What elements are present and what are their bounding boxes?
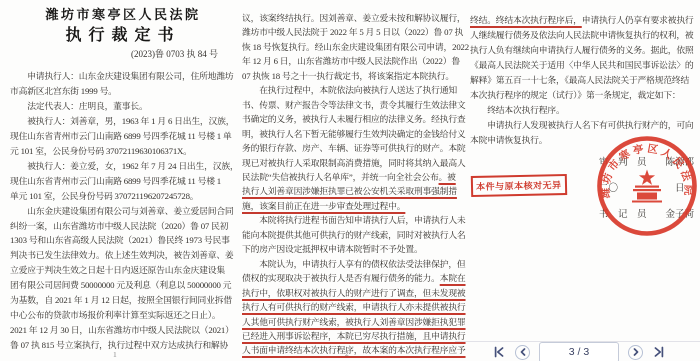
page-footer-number-2: 2 — [345, 349, 349, 358]
document-line: 市高新区北宫东街 1999 号。 — [10, 84, 236, 99]
document-text: 本院将执行进程书面告知申请执行人后，申请执行人未 — [242, 215, 466, 225]
document-text: 市高新区北宫东街 1999 号。 — [10, 86, 117, 96]
document-page-2: 议，该案终结执行。因刘善章、姜立爱未按和解协议履行，潍坊市中级人民法院于 202… — [242, 0, 468, 358]
document-text: 债权的实现取决于被执行人是否有履行债务的能力。 — [242, 273, 440, 283]
document-text: 务的银行存款、房产、车辆、证券等可供执行的财产。本院 — [242, 143, 466, 153]
document-text: 执行人负有继续向申请执行人履行债务的义务。据此，依照 — [470, 45, 694, 55]
document-line: 鲁 07 执 815 号立案执行，执行过程中双方达成执行和解协 — [10, 338, 236, 353]
document-line: 人继续履行债务及依法向人民法院申请恢复执行的权利，被 — [470, 28, 698, 43]
document-viewer: 潍坊市寒亭区人民法院执行裁定书(2023)鲁 0703 执 84 号 申请执行人… — [0, 0, 700, 361]
document-line: 本院将执行进程书面告知申请执行人后，申请执行人未 — [242, 213, 468, 227]
first-page-button[interactable] — [492, 345, 506, 359]
document-text: 被执行人：刘善章，男，1963 年 1 月 6 日出生，汉族， — [10, 116, 234, 126]
document-line: 下的房产因设定抵押权申请本院暂时不予处置。 — [242, 242, 468, 256]
red-underlined-text: 人其他可供执行财产线索，被执行人刘善章因涉嫌拒执犯罪 — [242, 317, 466, 327]
red-underlined-text: 终结。终结本次执行程序后， — [470, 15, 582, 25]
red-underlined-text: 执行人刘善章因涉嫌拒执罪已被公安机关采取刑事强制措 — [242, 186, 457, 196]
verification-stamp: 本件与原本核对无异 — [471, 174, 567, 197]
document-text: 潍坊市寒亭区人民法院 — [45, 7, 200, 22]
document-text: 单元 101 室，公民身份号码 370721196207245728。 — [10, 191, 198, 201]
document-text: 申请执行人：山东金庆建设集团有限公司，住所地潍坊 — [10, 71, 234, 81]
document-line: 书确定的义务，被执行人未履行相应的法律义务。经执行查 — [242, 112, 468, 126]
document-text: 下的房产因设定抵押权申请本院暂时不予处置。 — [242, 244, 423, 254]
document-line: 单元 101 室，公民身份号码 370721196207245728。 — [10, 189, 236, 204]
document-line: 被执行人：刘善章，男，1963 年 1 月 6 日出生，汉族， — [10, 114, 236, 129]
document-line: 申请执行人发现被执行人名下有可供执行财产的，可向 — [470, 118, 698, 133]
document-page-3: 终结。终结本次执行程序后，申请执行人仍享有要求被执行人继续履行债务及依法向人民法… — [470, 0, 698, 148]
document-line: 恢 18 号恢复执行。经山东金庆建设集团有限公司申请，2022 — [242, 40, 468, 54]
document-text: 执行裁定书 — [65, 27, 180, 44]
document-text: 现已对被执行人采取限制高消费措施，同时将其纳入最高人 — [242, 158, 466, 168]
document-line: 中心公布的贷款市场报价利率计算至实际返还之日止）。 — [10, 308, 236, 323]
last-page-button[interactable] — [652, 345, 666, 359]
document-text: 为基数，自 2021 年 1 月 12 日起，按照全国银行间同业拆借 — [10, 295, 232, 305]
red-underlined-text: 人书面申请终结本次执行程序，故本案的本次执行程序应予 — [242, 345, 466, 355]
document-page-1: 潍坊市寒亭区人民法院执行裁定书(2023)鲁 0703 执 84 号 申请执行人… — [10, 0, 236, 353]
document-line: 明，被执行人名下暂无能够履行生效判决确定的金钱给付义 — [242, 127, 468, 141]
document-text: 议，该案终结执行。因刘善章、姜立爱未按和解协议履行， — [242, 13, 466, 23]
document-line: 书、传票、财产报告令等法律文书，责令其履行生效法律文 — [242, 98, 468, 112]
red-underlined-text: 。被 — [439, 172, 456, 182]
document-line: 团有限公司居间费 50000000 元及利息（利息以 50000000 元 — [10, 278, 236, 293]
document-line: 执行人有可供执行的财产线索，申请执行人亦未提供被执行 — [242, 300, 468, 314]
document-line: 民法院“失信被执行人名单库”，并统一向全社会公布。被 — [242, 170, 468, 184]
document-line: 07 执恢 18 号之十一执行裁定书，将该案指定本院执行。 — [242, 69, 468, 83]
document-line: 本院认为，申请执行人享有的债权依法受法律保护，但 — [242, 257, 468, 271]
document-line: 议，该案终结执行。因刘善章、姜立爱未按和解协议履行， — [242, 11, 468, 25]
document-line: 年 12 月 6 日，山东省潍坊市中级人民法院作出（2022）鲁 — [242, 54, 468, 68]
document-text: 人继续履行债务及依法向人民法院申请恢复执行的权利，被 — [470, 30, 694, 40]
document-line: 解释》第五百一十七条，《最高人民法院关于严格规范终结 — [470, 73, 698, 88]
document-text: 立爱应于判决生效之日起十日内返还原告山东金庆建设集 — [10, 265, 225, 275]
chevron-right-icon — [632, 348, 640, 356]
page-indicator[interactable]: 3 / 3 — [539, 342, 619, 361]
last-page-icon — [653, 346, 665, 358]
document-text: 中心公布的贷款市场报价利率计算至实际返还之日止）。 — [10, 310, 221, 320]
red-underlined-text: 施，该案目前正在进一步审查处理过程中。 — [242, 201, 405, 211]
document-line: 现已对被执行人采取限制高消费措施，同时将其纳入最高人 — [242, 156, 468, 170]
document-line: 能向本院提供其他可供执行的财产线索，同时对被执行人名 — [242, 228, 468, 242]
document-text: (2023)鲁 0703 执 84 号 — [131, 49, 218, 59]
document-text: 恢 18 号恢复执行。经山东金庆建设集团有限公司申请，2022 — [242, 42, 469, 52]
document-line: 人其他可供执行财产线索，被执行人刘善章因涉嫌拒执犯罪 — [242, 315, 468, 329]
document-line: 执行中，依职权对被执行人的财产进行了调查，但未发现被 — [242, 286, 468, 300]
seal-star-icon — [639, 170, 655, 185]
document-text: 法定代表人：庄明良，董事长。 — [10, 101, 148, 111]
document-text: 终结本次执行程序。 — [470, 105, 565, 115]
document-line: 1303 号和山东省高级人民法院（2021）鲁民终 1973 号民事 — [10, 233, 236, 248]
document-line: 执行人负有继续向申请执行人履行债务的义务。据此，依照 — [470, 43, 698, 58]
chevron-left-icon — [519, 348, 527, 356]
red-underlined-text: 执行人有可供执行的财产线索，申请执行人亦未提供被执行 — [242, 302, 466, 312]
document-line: 本次执行程序的规定（试行）》第一条规定，裁定如下： — [470, 88, 698, 103]
document-text: 申请执行人发现被执行人名下有可供执行财产的，可向 — [470, 120, 694, 130]
document-line: 潍坊市中级人民法院于 2022 年 5 月 5 日以（2022）鲁 07 执 — [242, 25, 468, 39]
document-line: 法定代表人：庄明良，董事长。 — [10, 99, 236, 114]
document-text: 潍坊市中级人民法院于 2022 年 5 月 5 日以（2022）鲁 07 执 — [242, 27, 463, 37]
document-line: 2021 年 12 月 30 日，山东省潍坊市中级人民法院以（2021） — [10, 323, 236, 338]
document-text: 团有限公司居间费 50000000 元及利息（利息以 50000000 元 — [10, 280, 231, 290]
document-line: 务的银行存款、房产、车辆、证券等可供执行的财产。本院 — [242, 141, 468, 155]
document-text: 书确定的义务，被执行人未履行相应的法律义务。经执行查 — [242, 114, 466, 124]
document-line: 《最高人民法院关于适用〈中华人民共和国民事诉讼法〉的 — [470, 58, 698, 73]
document-text: 2021 年 12 月 30 日，山东省潍坊市中级人民法院以（2021） — [10, 325, 234, 335]
red-underlined-text: 已经进入刑事诉讼程序，本院已穷尽执行措施，且申请执行 — [242, 331, 466, 341]
document-text: 书、传票、财产报告令等法律文书，责令其履行生效法律文 — [242, 100, 466, 110]
document-text: 本次执行程序的规定（试行）》第一条规定，裁定如下： — [470, 90, 681, 100]
document-text: 明，被执行人名下暂无能够履行生效判决确定的金钱给付义 — [242, 129, 466, 139]
document-line: 终结。终结本次执行程序后，申请执行人仍享有要求被执行 — [470, 13, 698, 28]
document-line: 债权的实现取决于被执行人是否有履行债务的能力。本院在 — [242, 271, 468, 285]
document-line: 立爱应于判决生效之日起十日内返还原告山东金庆建设集 — [10, 263, 236, 278]
document-text: 本院申请恢复执行。 — [470, 135, 547, 145]
document-text: 年 12 月 6 日，山东省潍坊市中级人民法院作出（2022）鲁 — [242, 56, 460, 66]
red-underlined-text: 执行中，依职权对被执行人的财产进行了调查，但未发现被 — [242, 288, 466, 298]
document-text: 现住山东省青州市云门山南路 6899 号四季花城 11 号楼 1 单 — [10, 131, 232, 141]
document-line: 纠纷一案，山东省潍坊市中级人民法院（2020）鲁 07 民初 — [10, 219, 236, 234]
document-line: 施，该案目前正在进一步审查处理过程中。 — [242, 199, 468, 213]
page-footer-number-1: 1 — [113, 350, 117, 359]
document-line: 人书面申请终结本次执行程序，故本案的本次执行程序应予 — [242, 343, 468, 357]
document-line: 元 101 室，公民身份号码 37072119630106371X。 — [10, 144, 236, 159]
document-line: (2023)鲁 0703 执 84 号 — [10, 47, 236, 62]
document-line: 终结本次执行程序。 — [470, 103, 698, 118]
document-text: 现住山东省青州市云门山南路 6899 号四季花城 11 号楼 1 — [10, 176, 221, 186]
document-line: 被执行人：姜立爱，女，1962 年 7 月 24 日出生，汉族， — [10, 159, 236, 174]
document-text: 山东金庆建设集团有限公司与刘善章、姜立爱居间合同 — [10, 206, 234, 216]
document-text: 1303 号和山东省高级人民法院（2021）鲁民终 1973 号民事 — [10, 235, 230, 245]
document-text: 判决书已发生法律效力。依上述生效判决，被告刘善章、姜 — [10, 250, 234, 260]
seal-emblem-icon — [632, 186, 662, 203]
document-text: 申请执行人仍享有要求被执行 — [582, 15, 694, 25]
document-text: 被执行人：姜立爱，女，1962 年 7 月 24 日出生，汉族， — [10, 161, 239, 171]
document-line: 为基数，自 2021 年 1 月 12 日起，按照全国银行间同业拆借 — [10, 293, 236, 308]
red-underlined-text: 本院在 — [440, 273, 466, 283]
document-text: 在执行过程中，本院依法向被执行人送达了执行通知 — [242, 85, 457, 95]
document-text: 07 执恢 18 号之十一执行裁定书，将该案指定本院执行。 — [242, 71, 454, 81]
previous-page-button[interactable] — [515, 345, 530, 360]
court-seal-icon: 潍坊市寒亭区人民法院 — [594, 133, 700, 239]
document-text: 解释》第五百一十七条，《最高人民法院关于严格规范终结 — [470, 75, 689, 85]
document-text: 《最高人民法院关于适用〈中华人民共和国民事诉讼法〉的 — [470, 60, 694, 70]
document-text: 民法院“失信被执行人名单库”，并统一向全社会公布 — [242, 172, 439, 182]
document-text: 本院认为，申请执行人享有的债权依法受法律保护，但 — [242, 259, 466, 269]
document-line: 判决书已发生法律效力。依上述生效判决，被告刘善章、姜 — [10, 248, 236, 263]
document-line: 现住山东省青州市云门山南路 6899 号四季花城 11 号楼 1 — [10, 174, 236, 189]
document-line: 执行裁定书 — [10, 24, 236, 47]
document-line: 已经进入刑事诉讼程序，本院已穷尽执行措施，且申请执行 — [242, 329, 468, 343]
document-line: 在执行过程中，本院依法向被执行人送达了执行通知 — [242, 83, 468, 97]
document-line: 潍坊市寒亭区人民法院 — [10, 5, 236, 24]
next-page-button[interactable] — [628, 345, 643, 360]
document-line: 执行人刘善章因涉嫌拒执罪已被公安机关采取刑事强制措 — [242, 184, 468, 198]
document-line: 山东金庆建设集团有限公司与刘善章、姜立爱居间合同 — [10, 204, 236, 219]
document-text: 元 101 室，公民身份号码 37072119630106371X。 — [10, 146, 192, 156]
document-text: 鲁 07 执 815 号立案执行，执行过程中双方达成执行和解协 — [10, 340, 228, 350]
first-page-icon — [493, 346, 505, 358]
document-line: 申请执行人：山东金庆建设集团有限公司，住所地潍坊 — [10, 69, 236, 84]
document-line: 现住山东省青州市云门山南路 6899 号四季花城 11 号楼 1 单 — [10, 129, 236, 144]
document-text: 能向本院提供其他可供执行的财产线索，同时对被执行人名 — [242, 230, 466, 240]
document-text: 纠纷一案，山东省潍坊市中级人民法院（2020）鲁 07 民初 — [10, 221, 228, 231]
pagination-bar: 3 / 3 — [458, 343, 700, 361]
